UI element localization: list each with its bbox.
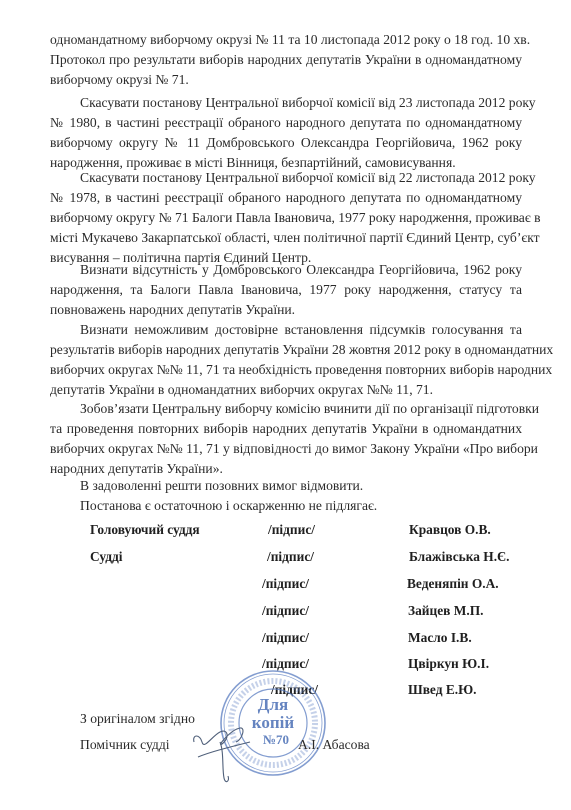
stamp-line3: №70 xyxy=(263,732,289,747)
text-line: виборчому округу № 11 Домбровського Олек… xyxy=(50,133,522,153)
signature-name: Кравцов О.В. xyxy=(409,522,491,538)
text-line: Протокол про результати виборів народних… xyxy=(50,50,522,70)
signature-mark: /підпис/ xyxy=(262,630,309,646)
signature-role: Судді xyxy=(90,549,122,565)
paragraph-oblige-commission: Зобов’язати Центральну виборчу комісію в… xyxy=(50,399,522,479)
text-line: № 1980, в частині реєстрації обраного на… xyxy=(50,113,522,133)
handwritten-signature-icon xyxy=(190,712,260,787)
text-line: Зобов’язати Центральну виборчу комісію в… xyxy=(50,399,522,419)
closing-final-decision: Постанова є остаточною і оскарженню не п… xyxy=(80,498,377,514)
text-line: народження, та Балоги Павла Івановича, 1… xyxy=(50,280,522,300)
text-line: депутатів України в одномандатних виборч… xyxy=(50,380,522,400)
text-line: народних депутатів України». xyxy=(50,459,522,479)
text-line: Скасувати постанову Центральної виборчої… xyxy=(50,168,522,188)
signature-name: Швед Е.Ю. xyxy=(408,682,477,698)
assistant-name: А.І. Абасова xyxy=(298,737,370,753)
signature-mark: /підпис/ xyxy=(267,549,314,565)
closing-reject-remaining: В задоволенні решти позовних вимог відмо… xyxy=(80,478,363,494)
text-line: Скасувати постанову Центральної виборчої… xyxy=(50,93,522,113)
document-page: одномандатному виборчому окрузі № 11 та … xyxy=(0,0,571,810)
signature-role: Головуючий суддя xyxy=(90,522,200,538)
signature-name: Блажівська Н.Є. xyxy=(409,549,509,565)
signature-mark: /підпис/ xyxy=(268,522,315,538)
text-line: та проведення повторних виборів народних… xyxy=(50,419,522,439)
text-line: Визнати відсутність у Домбровського Олек… xyxy=(50,260,522,280)
text-line: повноважень народних депутатів України. xyxy=(50,300,522,320)
text-line: результатів виборів народних депутатів У… xyxy=(50,340,522,360)
signature-name: Веденяпін О.А. xyxy=(407,576,499,592)
text-line: виборчих округах №№ 11, 71 та необхідніс… xyxy=(50,360,522,380)
certified-copy-note: З оригіналом згідно xyxy=(80,711,195,727)
paragraph-cancel-resolution-1980: Скасувати постанову Центральної виборчої… xyxy=(50,93,522,173)
stamp-line1: Для xyxy=(258,695,288,714)
signature-name: Цвіркун Ю.І. xyxy=(408,656,489,672)
text-line: місті Мукачево Закарпатської області, чл… xyxy=(50,228,522,248)
assistant-role: Помічник судді xyxy=(80,737,170,753)
text-line: виборчому округу № 71 Балоги Павла Івано… xyxy=(50,208,522,228)
paragraph-cancel-resolution-1978: Скасувати постанову Центральної виборчої… xyxy=(50,168,522,268)
text-line: виборчих округах №№ 11, 71 у відповіднос… xyxy=(50,439,522,459)
paragraph-recognize-absence: Визнати відсутність у Домбровського Олек… xyxy=(50,260,522,320)
text-line: виборчому окрузі № 71. xyxy=(50,70,522,90)
text-line: Визнати неможливим достовірне встановлен… xyxy=(50,320,522,340)
signature-mark: /підпис/ xyxy=(262,603,309,619)
signature-mark: /підпис/ xyxy=(262,576,309,592)
text-line: одномандатному виборчому окрузі № 11 та … xyxy=(50,30,522,50)
signature-name: Масло І.В. xyxy=(408,630,472,646)
paragraph-recognize-impossible: Визнати неможливим достовірне встановлен… xyxy=(50,320,522,400)
text-line: № 1978, в частині реєстрації обраного на… xyxy=(50,188,522,208)
signature-name: Зайцев М.П. xyxy=(408,603,483,619)
paragraph-protocol-continuation: одномандатному виборчому окрузі № 11 та … xyxy=(50,30,522,90)
